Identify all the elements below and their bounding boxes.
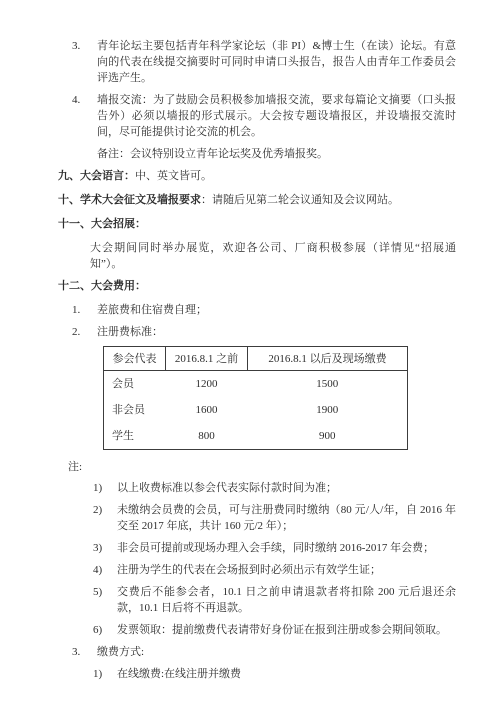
section-body: 中、英文皆可。 [135,170,212,182]
fee-item-registration-standard: 2. 注册费标准： [72,324,456,340]
list-item-youth-forum: 3. 青年论坛主要包括青年科学家论坛（非 PI）&博士生（在读）论坛。有意向的代… [72,38,456,86]
list-number: 1. [72,302,97,318]
section-title: 十二、大会费用： [58,280,146,292]
registration-fee-table: 参会代表 2016.8.1 之前 2016.8.1 以后及现场缴费 会员 120… [103,346,408,450]
note-item-4: 4) 注册为学生的代表在会场报到时必须出示有效学生证； [93,562,456,578]
note-item-1: 1) 以上收费标准以参会代表实际付款时间为准； [93,480,456,496]
cell-late-fee: 900 [248,423,408,450]
table-row-member: 会员 1200 1500 [104,371,408,398]
document-page: 3. 青年论坛主要包括青年科学家论坛（非 PI）&博士生（在读）论坛。有意向的代… [0,0,500,707]
table-header-after: 2016.8.1 以后及现场缴费 [248,347,408,371]
remark-note: 备注：会议特别设立青年论坛奖及优秀墙报奖。 [97,146,456,162]
note-text: 在线缴费:在线注册并缴费 [117,666,456,682]
payment-online-item: 1) 在线缴费:在线注册并缴费 [93,666,456,682]
note-item-6: 6) 发票领取：提前缴费代表请带好身份证在报到注册或参会期间领取。 [93,622,456,638]
note-number: 1) [93,480,117,496]
list-text: 缴费方式: [97,644,456,660]
list-text: 墙报交流：为了鼓励会员积极参加墙报交流，要求每篇论文摘要（口头报告外）必须以墙报… [97,92,456,140]
list-item-poster-exchange: 4. 墙报交流：为了鼓励会员积极参加墙报交流，要求每篇论文摘要（口头报告外）必须… [72,92,456,140]
note-text: 非会员可提前或现场办理入会手续，同时缴纳 2016-2017 年会费； [117,540,456,556]
section-body: ：请随后见第二轮会议通知及会议网站。 [201,194,399,206]
note-text: 发票领取：提前缴费代表请带好身份证在报到注册或参会期间领取。 [117,622,456,638]
section-10-paper-requirements: 十、学术大会征文及墙报要求：请随后见第二轮会议通知及会议网站。 [58,192,456,208]
note-text: 未缴纳会员费的会员，可与注册费同时缴纳（80 元/人/年，自 2016 年交至 … [117,502,456,534]
cell-late-fee: 1500 [248,371,408,398]
note-item-5: 5) 交费后不能参会者，10.1 日之前申请退款者将扣除 200 元后退还余款，… [93,584,456,616]
list-text: 差旅费和住宿费自理； [97,302,456,318]
note-number: 3) [93,540,117,556]
note-item-2: 2) 未缴纳会员费的会员，可与注册费同时缴纳（80 元/人/年，自 2016 年… [93,502,456,534]
table-row-nonmember: 非会员 1600 1900 [104,397,408,423]
note-number: 4) [93,562,117,578]
cell-category: 学生 [104,423,166,450]
note-item-3: 3) 非会员可提前或现场办理入会手续，同时缴纳 2016-2017 年会费； [93,540,456,556]
section-title: 十一、大会招展： [58,218,146,230]
cell-early-fee: 1200 [166,371,248,398]
note-number: 1) [93,666,117,682]
list-number: 2. [72,324,97,340]
table-header-before: 2016.8.1 之前 [166,347,248,371]
table-row-student: 学生 800 900 [104,423,408,450]
cell-category: 非会员 [104,397,166,423]
note-text: 注册为学生的代表在会场报到时必须出示有效学生证； [117,562,456,578]
table-header-delegate: 参会代表 [104,347,166,371]
note-text: 以上收费标准以参会代表实际付款时间为准； [117,480,456,496]
section-11-exhibition: 十一、大会招展： [58,216,456,232]
table-header-row: 参会代表 2016.8.1 之前 2016.8.1 以后及现场缴费 [104,347,408,371]
note-text: 交费后不能参会者，10.1 日之前申请退款者将扣除 200 元后退还余款，10.… [117,584,456,616]
section-title: 九、大会语言： [58,170,135,182]
note-number: 5) [93,584,117,616]
list-number: 3. [72,644,97,660]
cell-late-fee: 1900 [248,397,408,423]
list-number: 4. [72,92,97,140]
notes-label: 注: [68,459,456,475]
list-text: 注册费标准： [97,324,456,340]
section-12-fees: 十二、大会费用： [58,278,456,294]
note-number: 2) [93,502,117,534]
section-title: 十、学术大会征文及墙报要求 [58,194,201,206]
payment-method-item: 3. 缴费方式: [72,644,456,660]
list-text: 青年论坛主要包括青年科学家论坛（非 PI）&博士生（在读）论坛。有意向的代表在线… [97,38,456,86]
fee-item-travel: 1. 差旅费和住宿费自理； [72,302,456,318]
cell-early-fee: 800 [166,423,248,450]
cell-early-fee: 1600 [166,397,248,423]
exhibition-paragraph: 大会期间同时举办展览，欢迎各公司、厂商积极参展（详情见“招展通知”）。 [90,240,456,272]
note-number: 6) [93,622,117,638]
section-9-language: 九、大会语言：中、英文皆可。 [58,168,456,184]
cell-category: 会员 [104,371,166,398]
list-number: 3. [72,38,97,86]
